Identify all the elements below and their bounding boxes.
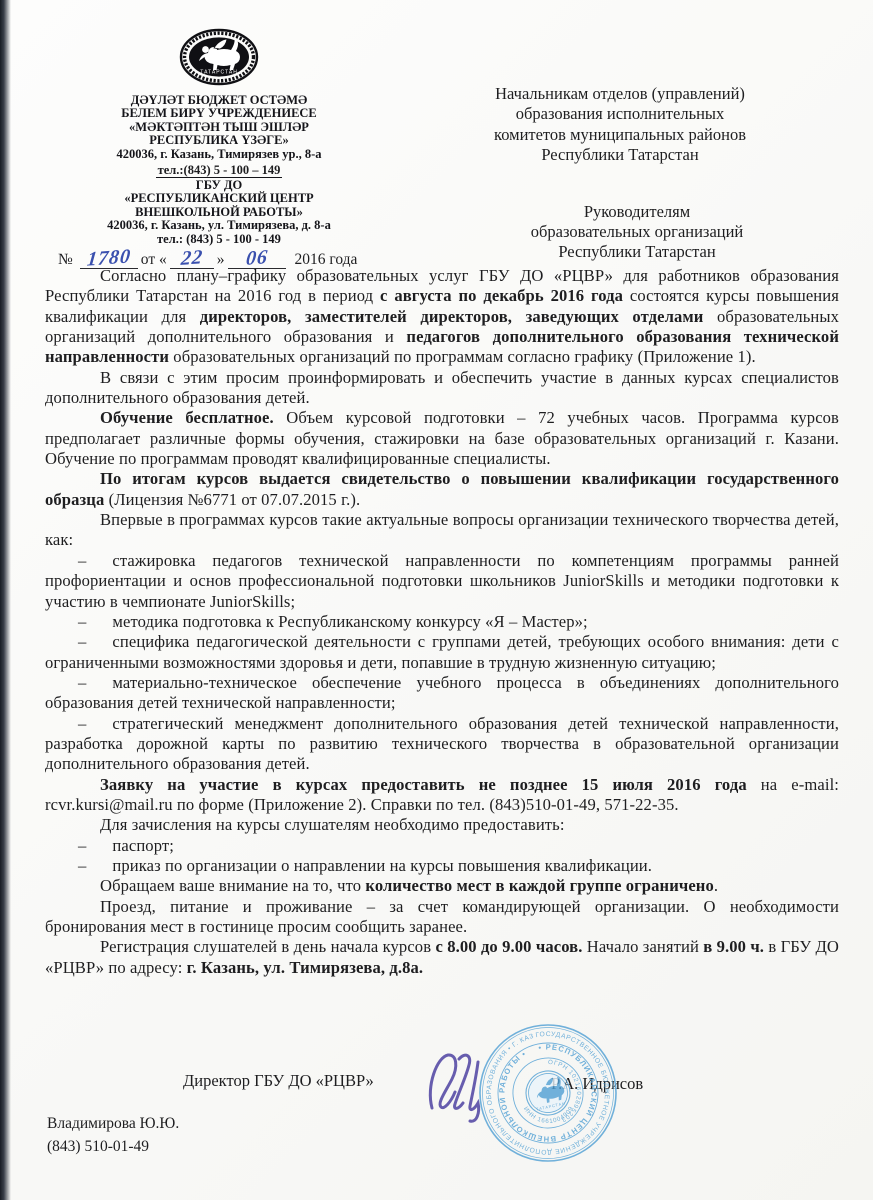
addressee-block: Начальникам отделов (управлений)образова…: [474, 84, 766, 263]
letterhead-line: 420036, г. Казань, Тимирязев ур., 8-а: [38, 148, 400, 161]
list-dash-marker: –: [78, 632, 112, 651]
addressee-line: образования исполнительных: [474, 104, 766, 124]
letterhead-line: ВНЕШКОЛЬНОЙ РАБОТЫ»: [38, 206, 400, 219]
list-dash-marker: –: [78, 673, 112, 692]
body-paragraph: –стажировка педагогов технической направ…: [45, 551, 839, 612]
list-dash-marker: –: [78, 856, 112, 875]
round-stamp: ГОСУДАРСТВЕННОЕ БЮДЖЕТНОЕ УЧРЕЖДЕНИЕ ДОП…: [477, 1022, 619, 1164]
letterhead-phone-underlined: тел.:(843) 5 - 100 – 149: [156, 164, 283, 178]
letterhead-line: «РЕСПУБЛИКАНСКИЙ ЦЕНТР: [38, 192, 400, 205]
addressee-line: образовательных организаций: [508, 222, 766, 242]
signer-title: Директор ГБУ ДО «РЦВР»: [183, 1071, 374, 1091]
letterhead-russian-lines: ГБУ ДО«РЕСПУБЛИКАНСКИЙ ЦЕНТРВНЕШКОЛЬНОЙ …: [38, 179, 400, 246]
body-paragraph: Обучение бесплатное. Объем курсовой подг…: [45, 408, 839, 469]
addressee-line: Руководителям: [508, 202, 766, 222]
addressee-line: Республики Татарстан: [474, 145, 766, 165]
body-paragraph: Регистрация слушателей в день начала кур…: [45, 937, 839, 978]
addressee-line: Республики Татарстан: [508, 242, 766, 262]
letterhead-tatar-lines: ДӘҮЛӘТ БЮДЖЕТ ОСТӘМӘБЕЛЕМ БИРҮ УЧРЕЖДЕНИ…: [38, 94, 400, 161]
body-paragraph: –паспорт;: [45, 836, 839, 856]
letterhead-line: тел.: (843) 5 - 100 - 149: [38, 233, 400, 246]
handwritten-day: 22: [180, 250, 204, 267]
body-paragraph: –стратегический менеджмент дополнительно…: [45, 714, 839, 775]
addressee-line: комитетов муниципальных районов: [474, 125, 766, 145]
body-paragraph: –приказ по организации о направлении на …: [45, 856, 839, 876]
scan-edge-artifact: [0, 0, 11, 1200]
contact-name: Владимирова Ю.Ю.: [47, 1113, 179, 1136]
addressee-group-2: Руководителямобразовательных организаций…: [474, 202, 766, 263]
body-paragraph: Для зачисления на курсы слушателям необх…: [45, 815, 839, 835]
body-paragraph: Заявку на участие в курсах предоставить …: [45, 775, 839, 816]
list-dash-marker: –: [78, 836, 112, 855]
contact-phone: (843) 510-01-49: [47, 1136, 179, 1159]
letterhead-line: РЕСПУБЛИКА ҮЗӘГЕ»: [38, 134, 400, 147]
handwritten-month: 06: [245, 250, 269, 267]
letterhead-line: 420036, г. Казань, ул. Тимирязева, д. 8-…: [38, 219, 400, 232]
letterhead-line: БЕЛЕМ БИРҮ УЧРЕЖДЕНИЕСЕ: [38, 107, 400, 120]
body-paragraph: Впервые в программах курсов такие актуал…: [45, 510, 839, 551]
scanned-letter-page: ТАТАРСТАН ДӘҮЛӘТ БЮДЖЕТ ОСТӘМӘБЕЛЕМ БИРҮ…: [0, 0, 873, 1200]
letterhead-line: ДӘҮЛӘТ БЮДЖЕТ ОСТӘМӘ: [38, 94, 400, 107]
body-paragraph: По итогам курсов выдается свидетельство …: [45, 469, 839, 510]
list-dash-marker: –: [78, 551, 112, 570]
contact-footer: Владимирова Ю.Ю. (843) 510-01-49: [47, 1113, 179, 1158]
list-dash-marker: –: [78, 714, 112, 733]
body-paragraph: Согласно плану–графику образовательных у…: [45, 266, 839, 368]
body-paragraph: В связи с этим просим проинформировать и…: [45, 368, 839, 409]
logo-label: ТАТАРСТАН: [200, 70, 238, 76]
body-paragraph: –материально-техническое обеспечение уче…: [45, 673, 839, 714]
tatarstan-coat-of-arms-logo: ТАТАРСТАН: [179, 28, 259, 86]
letterhead-block: ТАТАРСТАН ДӘҮЛӘТ БЮДЖЕТ ОСТӘМӘБЕЛЕМ БИРҮ…: [38, 28, 400, 269]
stamp-center-emblem: ТАТАРСТАН: [525, 1070, 571, 1116]
body-paragraph: –специфика педагогической деятельности с…: [45, 632, 839, 673]
letter-body: Согласно плану–графику образовательных у…: [45, 266, 839, 978]
list-dash-marker: –: [78, 612, 112, 631]
body-paragraph: Обращаем ваше внимание на то, что количе…: [45, 876, 839, 896]
addressee-group-1: Начальникам отделов (управлений)образова…: [474, 84, 766, 166]
body-paragraph: Проезд, питание и проживание – за счет к…: [45, 897, 839, 938]
letterhead-line: ГБУ ДО: [38, 179, 400, 192]
body-paragraph: –методика подготовка к Республиканскому …: [45, 612, 839, 632]
handwritten-document-number: 1780: [86, 249, 131, 267]
letterhead-line: «МӘКТӘПТӘН ТЫШ ЭШЛӘР: [38, 121, 400, 134]
addressee-line: Начальникам отделов (управлений): [474, 84, 766, 104]
